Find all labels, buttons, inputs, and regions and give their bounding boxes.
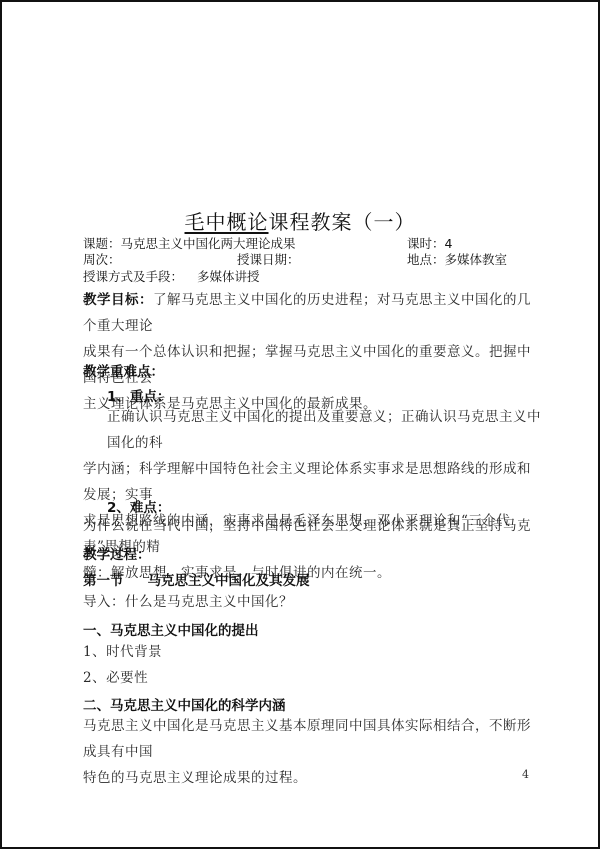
document-title: 毛中概论课程教案（一） [2,206,598,235]
difficult-line-1: 为什么说在当代中国，坚持中国特色社会主义理论体系就是真正坚持马克思主义 [83,513,543,565]
item-2-text: 2、必要性 [83,665,543,691]
intro-text: 导入：什么是马克思主义中国化？ [83,589,543,615]
item-1-text: 1、时代背景 [83,639,543,665]
key-difficult-heading: 教学重难点： [83,360,164,380]
week-label: 周次： [83,252,121,267]
section-title: 马克思主义中国化及其发展 [148,573,310,589]
topic-label: 课题： [83,236,121,251]
definition-line-1: 马克思主义中国化是马克思主义基本原理同中国具体实际相结合，不断形成具有中国 [83,713,543,765]
title-underlined-part: 毛中概论 [185,210,269,234]
process-heading: 教学过程： [83,543,151,563]
location-value: 多媒体教室 [445,252,508,267]
method-label: 授课方式及手段： [83,269,183,284]
date-field: 授课日期： [237,250,300,268]
definition-paragraph: 马克思主义中国化是马克思主义基本原理同中国具体实际相结合，不断形成具有中国 特色… [83,713,543,791]
location-label: 地点： [407,252,445,267]
objectives-label: 教学目标： [83,292,153,308]
week-field: 周次： [83,250,121,268]
section-number: 第一节 [83,573,124,589]
subheading-2: 二、马克思主义中国化的科学内涵 [83,694,286,714]
title-rest: 课程教案（一） [269,210,416,234]
method-value: 多媒体讲授 [197,269,260,284]
method-row: 授课方式及手段：多媒体讲授 [83,267,260,285]
date-label: 授课日期： [237,252,300,267]
item-2-line: 2、必要性 [83,665,543,691]
subheading-1: 一、马克思主义中国化的提出 [83,619,259,639]
hours-value: 4 [445,236,453,251]
section-heading: 第一节马克思主义中国化及其发展 [83,569,310,589]
topic-value: 马克思主义中国化两大理论成果 [121,236,296,251]
intro-line: 导入：什么是马克思主义中国化？ [83,589,543,615]
location-field: 地点：多媒体教室 [407,250,507,268]
page-number: 4 [522,768,529,781]
document-page: 毛中概论课程教案（一） 课题：马克思主义中国化两大理论成果 课时：4 周次： 授… [0,0,600,849]
definition-line-2: 特色的马克思主义理论成果的过程。 [83,765,543,791]
difficult-points-paragraph: 为什么说在当代中国，坚持中国特色社会主义理论体系就是真正坚持马克思主义 [83,513,543,565]
hours-label: 课时： [407,236,445,251]
item-1-line: 1、时代背景 [83,639,543,665]
key-points-label: 1、重点： [107,385,170,405]
key-line-1: 正确认识马克思主义中国化的提出及重要意义；正确认识马克思主义中国化的科 [83,404,543,456]
